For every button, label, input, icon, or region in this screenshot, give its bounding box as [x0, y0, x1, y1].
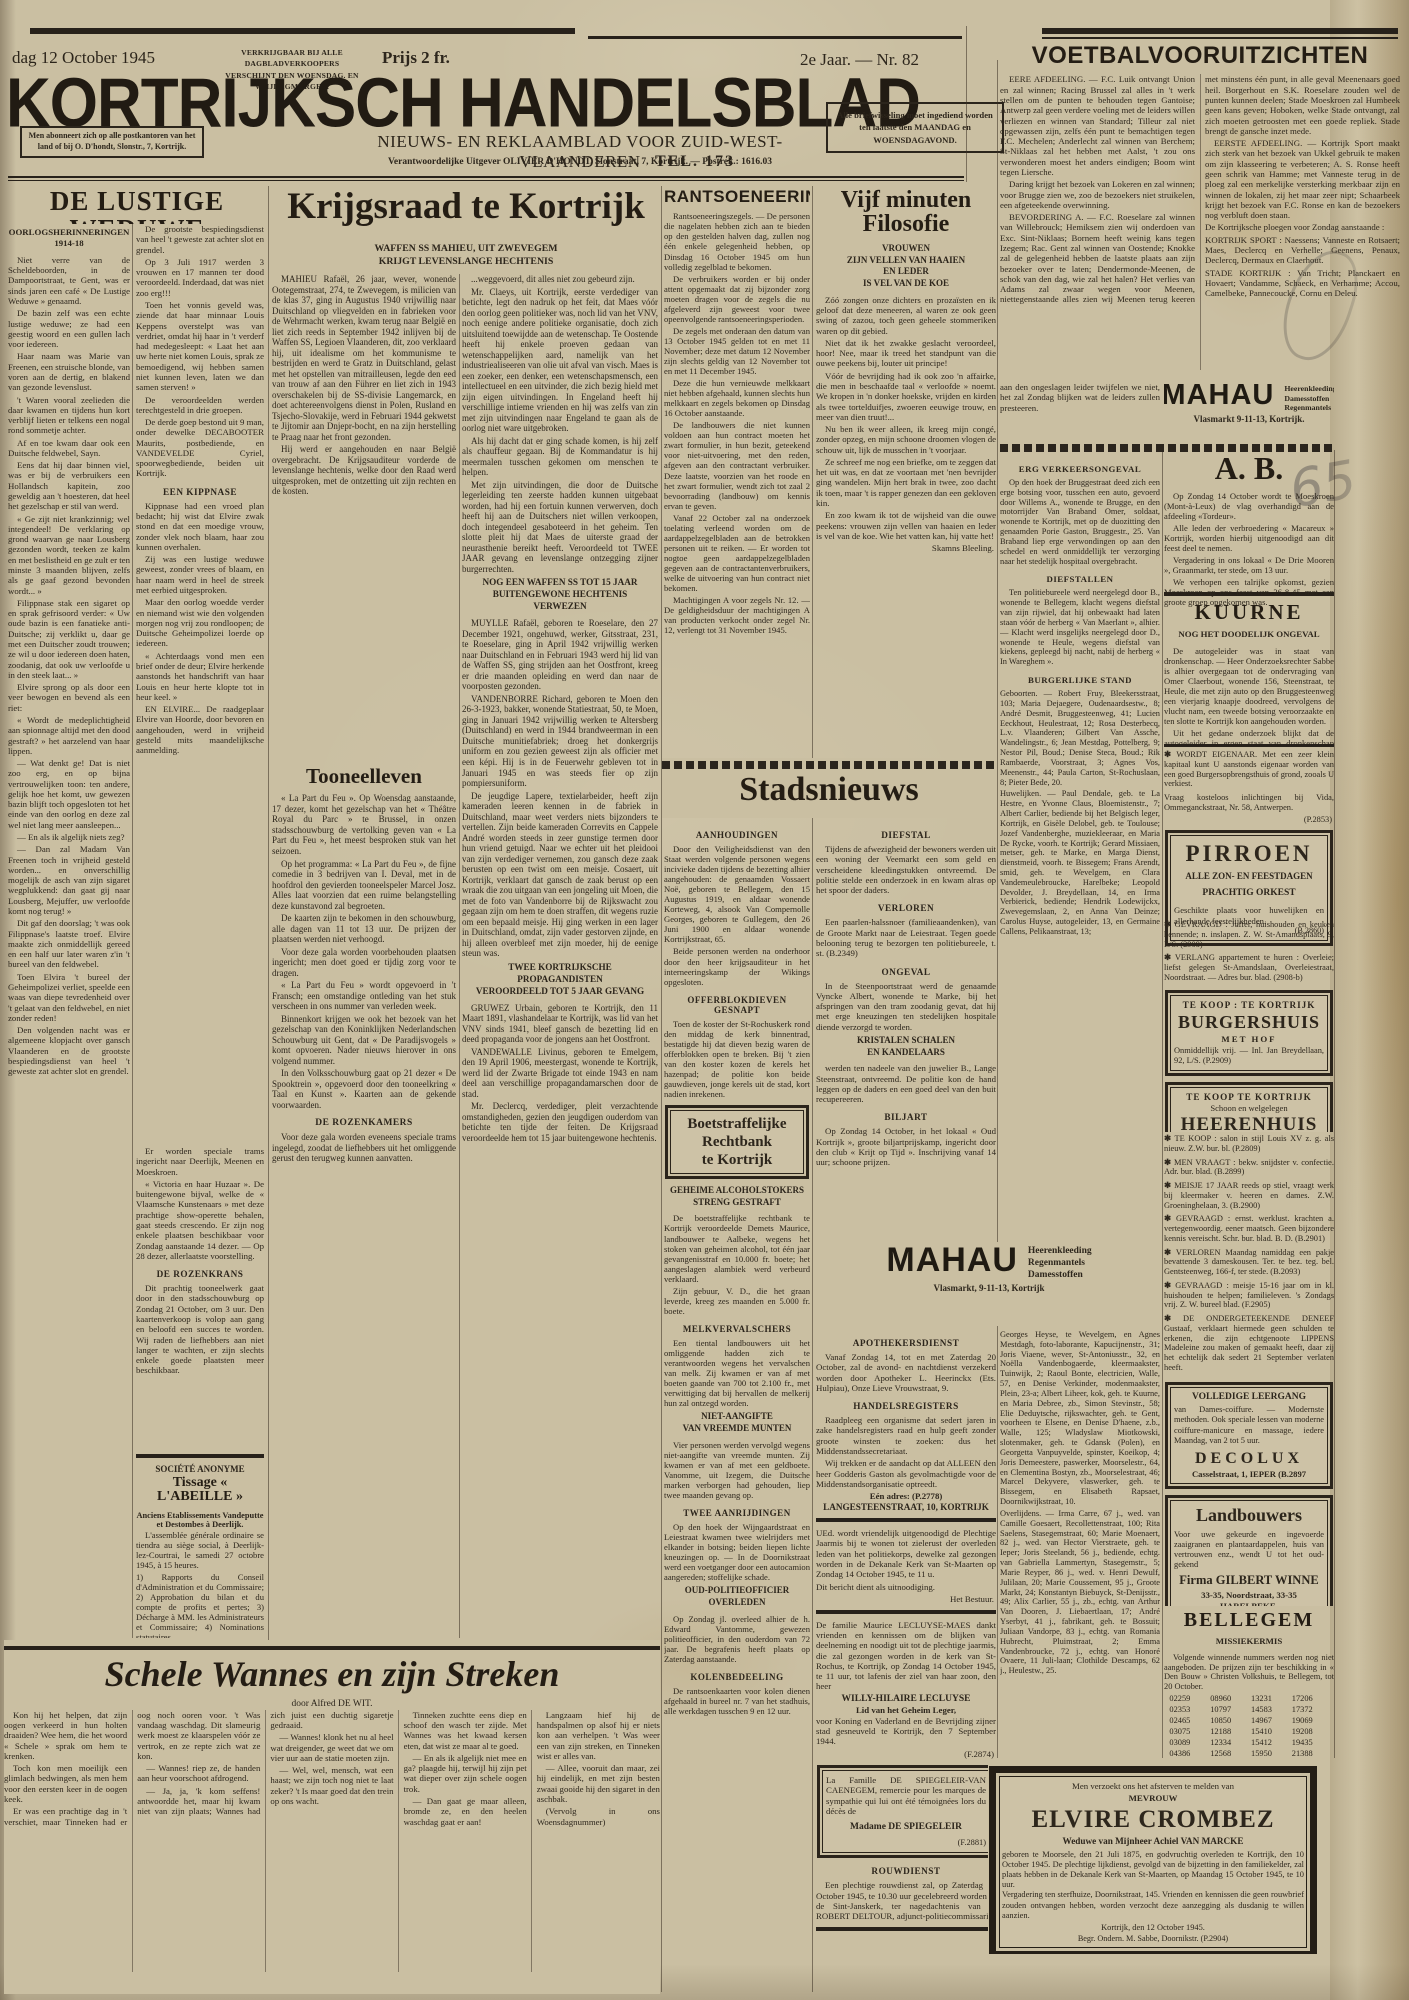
winning-number: 15950 [1249, 1749, 1290, 1758]
p: « La Part du Feu ». Op Woensdag aanstaan… [272, 793, 456, 856]
h1: Schele Wannes en zijn Streken [4, 1656, 660, 1693]
ad-line: VOLLEDIGE LEERGANG [1174, 1392, 1324, 1403]
p: EERSTE AFDEELING. — Kortrijk Sport maakt… [1205, 138, 1400, 220]
h1: RANTSOENEERING [664, 188, 810, 205]
advertiser-name: MAHAU [886, 1244, 1018, 1276]
p: — En als ik algelijk niets zeg? [8, 832, 130, 842]
dashes [662, 761, 996, 769]
ad-line: DECOLUX [1174, 1449, 1324, 1468]
lustige-weduwe-col-1: OORLOGSHERINNERINGEN 1914-18Niet verre v… [8, 224, 130, 1638]
sub: KRISTALEN SCHALENEN KANDELAARS [816, 1035, 996, 1058]
ad-line: TE KOOP TE KORTRIJK [1174, 1092, 1324, 1103]
hsub: AANHOUDINGEN [664, 830, 810, 840]
h1: Krijgsraad te Kortrijk [272, 188, 660, 226]
p: aan den ongeslagen leider twijfelen we n… [1000, 382, 1160, 413]
cent: Eén adres: (P.2778) [816, 1491, 996, 1501]
voetbal-tail: aan den ongeslagen leider twijfelen we n… [1000, 382, 1160, 440]
p: Door den Veiligheidsdienst van den Staat… [664, 844, 810, 944]
winning-number: 02465 [1167, 1716, 1208, 1727]
ad-line: HARELBEKE. [1174, 1601, 1324, 1606]
hsub: APOTHEKERSDIENST [816, 1338, 996, 1348]
p: « La Part du Feu » wordt opgevoerd in 't… [272, 980, 456, 1012]
decolux-landbouwers: VOLLEDIGE LEERGANGvan Dames-coiffure. — … [1164, 1376, 1334, 1606]
ad-line: TE KOOP : TE KORTRIJK [1174, 1000, 1324, 1011]
p: Machtigingen A voor zegels Nr. 12. — De … [664, 595, 810, 635]
p: Geboorten. — Robert Fruy, Bleekersstraat… [1000, 689, 1160, 787]
h1: KUURNE [1164, 602, 1334, 623]
heerenhuis-ad: TE KOOP TE KORTRIJKSchoon en welgelegenH… [1165, 1082, 1333, 1132]
column-rule [132, 222, 133, 1638]
p: Ze schreef me nog een briefke, om te zeg… [816, 457, 996, 508]
subscription-box: Men abonneert zich op alle postkantoren … [20, 126, 204, 158]
p: STADE KORTRIJK : Van Tricht; Planckaert … [1205, 268, 1400, 299]
ad-line: Landbouwers [1174, 1505, 1324, 1527]
voetbal: VOETBALVOORUITZICHTENEERE AFDEELING. — F… [1000, 42, 1400, 380]
p: Als hij dacht dat er ging schade komen, … [462, 436, 658, 478]
landbouwers-ad: LandbouwersVoor uwe gekeurde en ingevoer… [1165, 1495, 1333, 1606]
p: Niet dat ik het zwakke geslacht veroorde… [816, 338, 996, 369]
subhead-line: ZIJN VELLEN VAN HAAIEN [816, 255, 996, 267]
p: Volgende winnende nummers werden nog nie… [1164, 1653, 1334, 1692]
p: Tinneken zuchtte eens diep en schoof den… [404, 1710, 527, 1751]
p: Met zijn uitvindingen, die door de Duits… [462, 480, 658, 575]
winning-number: 21388 [1290, 1749, 1331, 1758]
mahau-ad-1: MAHAUHeerenkleedingDamesstoffenRegenmant… [1164, 380, 1334, 440]
p: Dit gaf den doorslag; 't was ook Filippn… [8, 918, 130, 969]
p: Op Zondag 14 October wordt te Moeskroen … [1164, 491, 1334, 521]
sub: OORLOGSHERINNERINGEN 1914-18 [8, 227, 130, 250]
p: Vergadering in ons lokaal « De Drie Moor… [1164, 555, 1334, 575]
mahau-ad-2: MAHAUHeerenkleedingRegenmantelsDamesstof… [818, 1242, 1160, 1326]
rule [816, 1610, 996, 1614]
column-rule [1162, 450, 1163, 1758]
subhead-line: VAN VREEMDE MUNTEN [664, 1423, 810, 1435]
subhead-line: TWEE KORTRIJKSCHE [462, 962, 658, 974]
winning-number: 14583 [1249, 1705, 1290, 1716]
sub: VROUWENZIJN VELLEN VAN HAAIENEN LEDERIS … [816, 243, 996, 290]
p: EERE AFDEELING. — F.C. Luik ontvangt Uni… [1000, 74, 1195, 177]
hsub: BURGERLIJKE STAND [1000, 675, 1160, 685]
cl: MEISJE 17 JAAR reeds op stiel, vraagt we… [1164, 1181, 1334, 1210]
p: Vanaf Zondag 14, tot en met Zaterdag 20 … [816, 1352, 996, 1393]
decorative-rule [1042, 28, 1398, 34]
column-rule [997, 60, 998, 1758]
ad-line: Vergadering ten sterfhuize, Doornikstraa… [1002, 1890, 1304, 1920]
ad-address: Vlasmarkt 9-11-13, Kortrijk. [1164, 414, 1334, 424]
winning-number: 14967 [1249, 1716, 1290, 1727]
p: (Vervolg in ons Woensdagnummer) [537, 1806, 660, 1827]
ad-line: Rechtbank [674, 1133, 800, 1151]
ad-line: Kortrijk, den 12 October 1945. [1002, 1923, 1304, 1933]
p: Mr. Claeys, uit Kortrijk, eerste verdedi… [462, 287, 658, 434]
subhead-line: NIET-AANGIFTE [664, 1411, 810, 1423]
classifieds-2: GEVRAAGD : Juffer, huishouden en keuken … [1164, 920, 1334, 984]
ad-line: HEERENHUIS [1174, 1114, 1324, 1132]
p: De bazin zelf was een echte lustige wedu… [8, 308, 130, 349]
ad-line: 33-35, Noordstraat, 33-35 [1174, 1590, 1324, 1601]
decorative-rule [1042, 37, 1398, 39]
p: De derde goep bestond uit 9 man, onder d… [136, 417, 264, 479]
cl: GEVRAAGD : Juffer, huishouden en keuken … [1164, 920, 1334, 949]
stads-col-e: ERG VERKEERSONGEVALOp den hoek der Brugg… [1000, 456, 1160, 1242]
subhead-line: GEHEIME ALCOHOLSTOKERS [664, 1185, 810, 1197]
ad-line: Begr. Ondern. M. Sabbe, Doornikstr. (P.2… [1002, 1934, 1304, 1944]
h1: Vijf minuten Filosofie [816, 188, 996, 237]
p: Een paarlen-halssnoer (familieaandenken)… [816, 917, 996, 958]
p: Vanaf 22 October zal na onderzoek toelat… [664, 513, 810, 593]
p: Daring krijgt het bezoek van Lokeren en … [1000, 179, 1195, 210]
winning-number: 12334 [1208, 1738, 1249, 1749]
winning-number: 17206 [1290, 1694, 1331, 1705]
subhead-line: VERWEZEN [462, 601, 658, 613]
house-ads: TE KOOP : TE KORTRIJKBURGERSHUISMET HOFO… [1164, 984, 1334, 1132]
ad-line: BURGERSHUIS [1174, 1012, 1324, 1034]
subhead-line: VROUWEN [816, 243, 996, 255]
p: Eens dat hij daar binnen viel, was er bi… [8, 460, 130, 511]
subhead-line: KRIJGT LEVENSLANGE HECHTENIS [272, 256, 660, 269]
p: VANDEWALLE Livinus, geboren te Emelgem, … [462, 1047, 658, 1100]
p: GRUWEZ Urbain, geboren te Kortrijk, den … [462, 1003, 658, 1045]
cl: GEVRAAGD : ernst. werklust. krachten a. … [1164, 1214, 1334, 1243]
p: Niet verre van de Scheldeboorden, in de … [8, 255, 130, 306]
hsub: OFFERBLOKDIEVEN GESNAPT [664, 995, 810, 1015]
p: « Victoria en haar Huzaar ». De buitenge… [136, 1179, 264, 1261]
column-rule [1334, 450, 1335, 1758]
ad-line: Weduwe van Mijnheer Achiel VAN MARCKE [1002, 1836, 1304, 1847]
p: — Wannes! klonk het nu al heel wat dreig… [270, 1732, 393, 1763]
p: UEd. wordt vriendelijk uitgenoodigd de P… [816, 1528, 996, 1579]
hsub: ONGEVAL [816, 967, 996, 977]
subhead-line: BUITENGEWONE HECHTENIS [462, 589, 658, 601]
subhead-line: KRISTALEN SCHALEN [816, 1035, 996, 1047]
p: Mr. Declercq, verdediger, pleit verzacht… [462, 1101, 658, 1143]
p: Rantsoeneeringszegels. — De personen die… [664, 211, 810, 271]
ad-line: van Dames-coiffure. — Modernste methoden… [1174, 1405, 1324, 1445]
decorative-rule [30, 28, 575, 34]
p: De grootste bespiedingsdienst van heel '… [136, 224, 264, 255]
p: Op Zondag jl. overleed alhier de h. Edwa… [664, 1614, 810, 1664]
p: — Allee, vooruit dan maar, zei hij einde… [537, 1763, 660, 1804]
stadsnieuws-col-1: AANHOUDINGENDoor den Veiligheidsdienst v… [664, 822, 810, 1992]
ad-line: Schoon en welgelegen [1174, 1103, 1324, 1113]
p: Den volgenden nacht was er algemeene klo… [8, 1025, 130, 1076]
rantsoeneering: RANTSOENEERINGRantsoeneeringszegels. — D… [664, 186, 810, 758]
ad-line: geboren te Moorsele, den 21 Juli 1875, e… [1002, 1850, 1304, 1890]
p: Toen het vonnis geveld was, ziende dat h… [136, 300, 264, 393]
schele-wannes: Schele Wannes en zijn Strekendoor Alfred… [4, 1640, 660, 1994]
5: Kon hij het helpen, dat zijn oogen verke… [4, 1710, 660, 1972]
subhead-line: MISSIEKERMIS [1164, 1636, 1334, 1647]
ad-line: Casselstraat, 1, IEPER (B.2897 [1174, 1469, 1324, 1479]
p: Overlijdens. — Irma Carre, 67 j., wed. v… [1000, 1509, 1160, 1676]
ad-line: ALLE ZON- EN FEESTDAGEN [1174, 871, 1324, 882]
column-rule [661, 186, 662, 1992]
cl: VERLOREN Maandag namiddag een pakje beva… [1164, 1248, 1334, 1277]
p: De jeugdige Lapere, textielarbeider, hee… [462, 791, 658, 959]
hsub: KOLENBEDEELING [664, 1672, 810, 1682]
sub: NOG HET DOODELIJK ONGEVAL [1164, 629, 1334, 640]
p: De zegels met onderaan den datum van 13 … [664, 326, 810, 376]
column-rule [459, 274, 460, 1638]
kuurne-col: KUURNENOG HET DOODELIJK ONGEVALDe autoge… [1164, 600, 1334, 744]
winning-number: 12188 [1208, 1727, 1249, 1738]
p: De autogeleider was in staat van dronken… [1164, 646, 1334, 726]
winning-number: 03089 [1167, 1738, 1208, 1749]
hsub: TWEE AANRIJDINGEN [664, 1508, 810, 1518]
ad-line: te Kortrijk [674, 1151, 800, 1169]
stadsnieuws-col-2a: DIEFSTALTijdens de afwezigheid der bewon… [816, 822, 996, 1240]
winning-number: 10797 [1208, 1705, 1249, 1716]
societe-abeille-notice: SOCIÉTÉ ANONYMETissage « L'ABEILLE »Anci… [136, 1448, 264, 1638]
ad-line: Boetstraffelijke [674, 1115, 800, 1133]
ad-line: Heerenkleeding [1284, 384, 1334, 394]
rule [816, 1518, 996, 1522]
p: Er worden speciale trams ingericht naar … [136, 1146, 264, 1177]
classifieds-3: TE KOOP : salon in stijl Louis XV z. g. … [1164, 1134, 1334, 1376]
ad-line: Madame DE SPIEGELEIR [826, 1822, 986, 1833]
p: Toch kon men moeilijk een glimlach bedwi… [4, 1763, 127, 1804]
spiegeleir-box: La Famille DE SPIEGELEIR-VAN CAENEGEM, r… [817, 1765, 995, 1859]
hsub: DE ROZENKRANS [136, 1269, 264, 1279]
ad-line: Heerenkleeding [1028, 1246, 1092, 1258]
subhead-line: STRENG GESTRAFT [664, 1197, 810, 1209]
column-rule [268, 186, 269, 1640]
ad-line: Onmiddellijk vrij. — Inl. Jan Breydellaa… [1174, 1046, 1324, 1066]
p: De Kortrijksche ploegen voor Zondag aans… [1205, 222, 1400, 232]
burgershuis-ad: TE KOOP : TE KORTRIJKBURGERSHUISMET HOFO… [1165, 990, 1333, 1076]
subhead-line: OUD-POLITIEOFFICIER [664, 1585, 810, 1597]
sigr: Skamns Bleeling. [816, 543, 994, 553]
boetstraffelijke-rechtbank-box: BoetstraffelijkeRechtbankte Kortrijk [665, 1105, 809, 1179]
p: Vóór de bevrijding had ik ook zoo 'n aff… [816, 371, 996, 422]
subhead-line: NOG HET DOODELIJK ONGEVAL [1164, 629, 1334, 640]
p: Alle leden der verbroedering « Macareux … [1164, 523, 1334, 553]
hsub: BILJART [816, 1112, 996, 1122]
ad-line: Firma GILBERT WINNE [1174, 1573, 1324, 1588]
krijgsraad-subhead: WAFFEN SS MAHIEU, UIT ZWEVEGEMKRIJGT LEV… [272, 240, 660, 272]
tooneel-victoria-block: Er worden speciale trams ingericht naar … [136, 1146, 264, 1446]
stadsnieuws-headline: Stadsnieuws [662, 758, 996, 818]
p: Haar naam was Marie van Freenen, een str… [8, 351, 130, 392]
p: Maar den oorlog woedde verder en niemand… [136, 597, 264, 648]
rule [4, 1646, 660, 1650]
ad-line: (F.2881) [826, 1838, 986, 1848]
elvire-crombez-box: Men verzoekt ons het afsterven te melden… [989, 1766, 1317, 1954]
cl: GEVRAAGD : meisje 15-16 jaar om in kl. h… [1164, 1281, 1334, 1310]
p: « Achterdaags vond men een brief onder d… [136, 651, 264, 702]
bellegem: BELLEGEMMISSIEKERMISVolgende winnende nu… [1164, 1608, 1334, 1758]
tooneelleven: Tooneelleven« La Part du Feu ». Op Woens… [272, 764, 456, 1638]
p: Vier personen werden vervolgd wegens nie… [664, 1440, 810, 1500]
hsub: MELKVERVALSCHERS [664, 1324, 810, 1334]
p: Huwelijken. — Paul Dendale, geb. te La H… [1000, 789, 1160, 936]
p: — Wel, wel, mensch, wat een haast; we zi… [270, 1765, 393, 1806]
winning-number: 02353 [1167, 1705, 1208, 1716]
p: Voor deze gala worden voorbehouden plaat… [272, 947, 456, 979]
ad-line: La Famille DE SPIEGELEIR-VAN CAENEGEM, r… [826, 1775, 986, 1817]
h1: Stadsnieuws [662, 773, 996, 808]
p: — Dan gaat ge maar alleen, bromde ze, en… [404, 1796, 527, 1827]
subhead-line: NOG EEN WAFFEN SS TOT 15 JAAR [462, 577, 658, 589]
p: De familie Maurice LECLUYSE-MAES dankt v… [816, 1620, 996, 1692]
newspaper-page: dag 12 October 1945 VERKRIJGBAAR BIJ ALL… [0, 0, 1409, 2000]
winning-number: 19208 [1290, 1727, 1331, 1738]
p: 1) Rapports du Conseil d'Administration … [136, 1572, 264, 1638]
publisher-line: Verantwoordelijke Uitgever OLIVIER D'HON… [300, 157, 860, 167]
correspondence-box: Alle briefwisseling moet ingediend worde… [826, 102, 1004, 153]
p: Zóó zongen onze dichters en prozaïsten e… [816, 295, 996, 336]
p: EN ELVIRE... De raadgeplaar Elvire van H… [136, 704, 264, 755]
hsub: VERLOREN [816, 903, 996, 913]
hsub: ROUWDIENST [816, 1866, 996, 1876]
h1: Tooneelleven [272, 766, 456, 787]
hsub: EEN KIPPNASE [136, 487, 264, 497]
p: Af en toe kwam daar ook een Duitsche fel… [8, 438, 130, 459]
p: Kon hij het helpen, dat zijn oogen verke… [4, 1710, 127, 1761]
sub: WAFFEN SS MAHIEU, UIT ZWEVEGEMKRIJGT LEV… [272, 243, 660, 268]
subhead-line: OVERLEDEN [664, 1597, 810, 1609]
sub: OUD-POLITIEOFFICIEROVERLEDEN [664, 1585, 810, 1608]
p: En zoo kwam ik tot de wijsheid van die o… [816, 510, 996, 541]
ad-line: Men verzoekt ons het afsterven te melden… [1002, 1781, 1304, 1792]
sigr: (F.2874) [816, 1749, 994, 1759]
p: De rantsoenkaarten voor kolen dienen afg… [664, 1686, 810, 1716]
cl: WORDT EIGENAAR. Met een zeer klein kapit… [1164, 750, 1334, 789]
p: Op 3 Juli 1917 werden 3 vrouwen en 17 ma… [136, 257, 264, 298]
p: Toen de koster der St-Rochuskerk rond de… [664, 1019, 810, 1099]
cent: LANGESTEENSTRAAT, 10, KORTRIJK [816, 1502, 996, 1512]
p: « Wordt de medeplichtigheid aan spionnag… [8, 715, 130, 756]
winning-number: 17372 [1290, 1705, 1331, 1716]
krijgsraad-col-1: MAHIEU Rafaël, 26 jaar, wever, wonende O… [272, 274, 456, 760]
cent: door Alfred DE WIT. [4, 1699, 660, 1709]
p: Nu ben ik weer alleen, ik kreeg mijn con… [816, 424, 996, 455]
ad-line: Voor uwe gekeurde en ingevoerde zaaigran… [1174, 1530, 1324, 1570]
p: Vraag kosteloos inlichtingen bij Vida, O… [1164, 793, 1334, 813]
hsub: HANDELSREGISTERS [816, 1401, 996, 1411]
winning-number: 19069 [1290, 1716, 1331, 1727]
winning-number: 03075 [1167, 1727, 1208, 1738]
p: Deze die hun vernieuwde melkkaart niet h… [664, 378, 810, 418]
p: Zijn gebuur, V. D., die het graan leverd… [664, 1286, 810, 1316]
p: werden ten nadeele van den juwelier B., … [816, 1063, 996, 1104]
p: MUYLLE Rafaël, geboren te Roeselare, den… [462, 618, 658, 692]
winning-number: 15410 [1249, 1727, 1290, 1738]
hsub: DE ROZENKAMERS [272, 1118, 456, 1128]
winning-number: 19435 [1290, 1738, 1331, 1749]
p: De kaarten zijn te bekomen in den schouw… [272, 913, 456, 945]
p: Op het programma: « La Part du Feu », de… [272, 859, 456, 912]
p: Dit prachtig tooneelwerk gaat door in de… [136, 1283, 264, 1376]
p: In den Volksschouwburg gaat op 21 dezer … [272, 1068, 456, 1110]
winning-number: 13231 [1249, 1694, 1290, 1705]
h1: BELLEGEM [1164, 1610, 1334, 1630]
p: Ten politiebureele werd neergelegd door … [1000, 588, 1160, 667]
p: Kippnase had een vroed plan bedacht; hij… [136, 501, 264, 552]
stadsnieuws-col-2b: APOTHEKERSDIENSTVanaf Zondag 14, tot en … [816, 1330, 996, 1992]
p: voor Koning en Vaderland en de Bevrijdin… [816, 1716, 996, 1747]
p: Hij werd er aangehouden en naar België o… [272, 444, 456, 497]
p: Zij was een lustige weduwe geweest, zond… [136, 554, 264, 595]
p: Op den hoek der Wijngaardstraat en Leies… [664, 1522, 810, 1582]
p: Raadpleeg een organisme dat sedert jaren… [816, 1415, 996, 1456]
ad-line: Regenmantels [1028, 1258, 1092, 1270]
p: Uit het gedane onderzoek blijkt dat de a… [1164, 728, 1334, 744]
winning-number: 10850 [1208, 1716, 1249, 1727]
sigr: Het Bestuur. [816, 1594, 994, 1604]
h1: DE LUSTIGE WEDUWE [8, 188, 266, 224]
cl: VERLANG appartement te huren : Overleie;… [1164, 953, 1334, 982]
p: In de Steenpoortstraat werd de genaamde … [816, 981, 996, 1032]
h1: VOETBALVOORUITZICHTEN [1000, 44, 1400, 68]
cent: SOCIÉTÉ ANONYME [136, 1464, 264, 1474]
advertiser-name: MAHAU [1164, 382, 1274, 410]
column-rule [812, 186, 813, 1992]
winning-number: 02259 [1167, 1694, 1208, 1705]
p: Beide personen werden na onderhoor door … [664, 946, 810, 986]
ad-line: ELVIRE CROMBEZ [1002, 1805, 1304, 1835]
hsub: ERG VERKEERSONGEVAL [1000, 464, 1160, 474]
2: EERE AFDEELING. — F.C. Luik ontvangt Uni… [1000, 74, 1400, 370]
sub: NOG EEN WAFFEN SS TOT 15 JAARBUITENGEWON… [462, 577, 658, 613]
p: — Wat denkt ge! Dat is niet zoo erg, en … [8, 758, 130, 830]
ad-address: Vlasmarkt, 9-11-13, Kortrijk [818, 1283, 1160, 1293]
subhead-line: PROPAGANDISTEN [462, 974, 658, 986]
p: — Wannes! riep ze, de handen aan heur vo… [137, 1763, 260, 1784]
column-rule [966, 26, 967, 182]
decorative-rule [588, 36, 962, 39]
h1: A. B. [1164, 452, 1334, 485]
p: ...weggevoerd, dit alles niet zou gebeur… [462, 274, 658, 285]
p: Wij trekken er de aandacht op dat ALLEEN… [816, 1458, 996, 1489]
winning-number: 04386 [1167, 1749, 1208, 1758]
h1: Tissage « L'ABEILLE » [136, 1476, 264, 1505]
p: Een tiental landbouwers uit het omliggen… [664, 1338, 810, 1408]
rule [816, 1927, 996, 1931]
sub: MISSIEKERMIS [1164, 1636, 1334, 1647]
p: MAHIEU Rafaël, 26 jaar, wever, wonende O… [272, 274, 456, 442]
cl: MEN VRAAGT : bekw. snijdster v. confecti… [1164, 1158, 1334, 1178]
adrow: MAHAUHeerenkleedingDamesstoffenRegenmant… [1164, 380, 1334, 424]
p: Filippnase stak een sigaret op en sprak … [8, 598, 130, 680]
filosofie: Vijf minuten FilosofieVROUWENZIJN VELLEN… [816, 186, 996, 758]
burgerlijke-stand-2: Georges Heyse, te Wevelgem, en Agnes Mes… [1000, 1330, 1160, 1756]
subhead-line: WAFFEN SS MAHIEU, UIT ZWEVEGEM [272, 243, 660, 256]
krijgsraad-headline: Krijgsraad te Kortrijk [272, 186, 660, 238]
subhead-line: EN LEDER [816, 266, 996, 278]
elvire-crombez-obituary: Men verzoekt ons het afsterven te melden… [988, 1760, 1318, 1954]
p: Elvire sprong op als door een veer bewog… [8, 682, 130, 713]
p: — En als ik algelijk niet mee en ga? pla… [404, 1753, 527, 1794]
p: Op den hoek der Bruggestraat deed zich e… [1000, 478, 1160, 566]
p: Georges Heyse, te Wevelgem, en Agnes Mes… [1000, 1330, 1160, 1507]
cl: DE ONDERGETEEKENDE DENEEF Gustaaf, verkl… [1164, 1314, 1334, 1373]
subhead-line: EN KANDELAARS [816, 1047, 996, 1059]
p: De landbouwers die niet kunnen voldoen a… [664, 420, 810, 510]
adrow: MAHAUHeerenkleedingRegenmantelsDamesstof… [818, 1242, 1160, 1293]
p: L'assemblée générale ordinaire se tiendr… [136, 1530, 264, 1570]
p: Langzaam hief hij de handspalmen op also… [537, 1710, 660, 1761]
p: Op Zondag 14 October, in het lokaal « Ou… [816, 1126, 996, 1167]
cent: WILLY-HILAIRE LECLUYSE [816, 1694, 996, 1704]
winning-number: 15412 [1249, 1738, 1290, 1749]
p: VANDENBORRE Richard, geboren te Moen den… [462, 694, 658, 789]
ad-line: PIRROEN [1174, 840, 1324, 868]
cent: Anciens Etablissements Vandeputte et Des… [136, 1511, 264, 1529]
p: De verbruikers worden er bij onder atten… [664, 274, 810, 324]
subhead-line: OORLOGSHERINNERINGEN 1914-18 [8, 227, 130, 250]
lustige-weduwe-headline: DE LUSTIGE WEDUWE [8, 186, 266, 224]
